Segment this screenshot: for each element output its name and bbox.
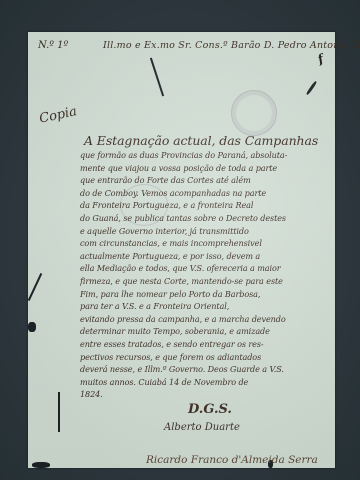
body-line: para ter a V.S. e a Fronteira Oriental, [80, 300, 332, 313]
body-line: actualmente Portugueza, e por isso, deve… [80, 250, 332, 263]
body-line: que formão as duas Provincias do Paraná,… [80, 149, 332, 162]
body-line: determinar muito Tempo, soberania, e ami… [80, 325, 332, 338]
signature-primary: Alberto Duarte [164, 422, 240, 433]
body-line: Fim, para lhe nomear pelo Porto da Barbo… [80, 288, 332, 301]
ink-stroke [58, 392, 60, 432]
body-line: com circunstancias, e mais incomprehensi… [80, 237, 332, 250]
body-line: do Guaná, se publica tantas sobre o Decr… [80, 212, 332, 225]
body-line: evitando pressa da campanha, e a marcha … [80, 313, 332, 326]
body-line: deverá nesse, e Illm.º Governo. Deos Gua… [80, 363, 332, 376]
body-line: ella Mediação e todos, que V.S. oferecer… [80, 262, 332, 275]
body-line: muitos annos. Cuiabá 14 de Novembro de [80, 376, 332, 389]
letter-body: A Estagnação actual, das Campanhas que f… [80, 132, 332, 401]
body-line: do de Comboy. Vemos acompanhadas na part… [80, 187, 332, 200]
closing-abbreviation: D.G.S. [188, 402, 232, 417]
body-line: da Fronteira Portugueza, e a fronteira R… [80, 199, 332, 212]
addressee-line: Ill.mo e Ex.mo Sr. Cons.º Barão D. Pedro… [103, 40, 360, 51]
body-line: firmeza, e que nesta Corte, mantendo-se … [80, 275, 332, 288]
ink-stroke [28, 273, 42, 301]
body-line: que entrarão do Forte das Cortes até alé… [80, 174, 332, 187]
manuscript-page: N.º 1º Ill.mo e Ex.mo Sr. Cons.º Barão D… [28, 32, 335, 468]
ink-blot [306, 81, 318, 96]
body-line: A Estagnação actual, das Campanhas [80, 132, 332, 149]
archive-stamp [231, 90, 277, 136]
ink-blot [28, 322, 36, 332]
margin-mark: f [316, 52, 326, 67]
body-line: 1824. [80, 388, 332, 401]
body-line: mente que viajou a vossa posição de toda… [80, 162, 332, 175]
copy-label: Copia [38, 104, 78, 127]
body-line: pectivos recursos, e que forem os adiant… [80, 351, 332, 364]
body-line: e aquelle Governo interior, já transmitt… [80, 225, 332, 238]
body-line: entre esses tratados, e sendo entregar o… [80, 338, 332, 351]
signature-copyist: Ricardo Franco d'Almeida Serra [146, 454, 318, 466]
ink-stroke [150, 58, 164, 97]
ink-blot [32, 462, 50, 468]
folio-number: N.º 1º [38, 40, 68, 51]
